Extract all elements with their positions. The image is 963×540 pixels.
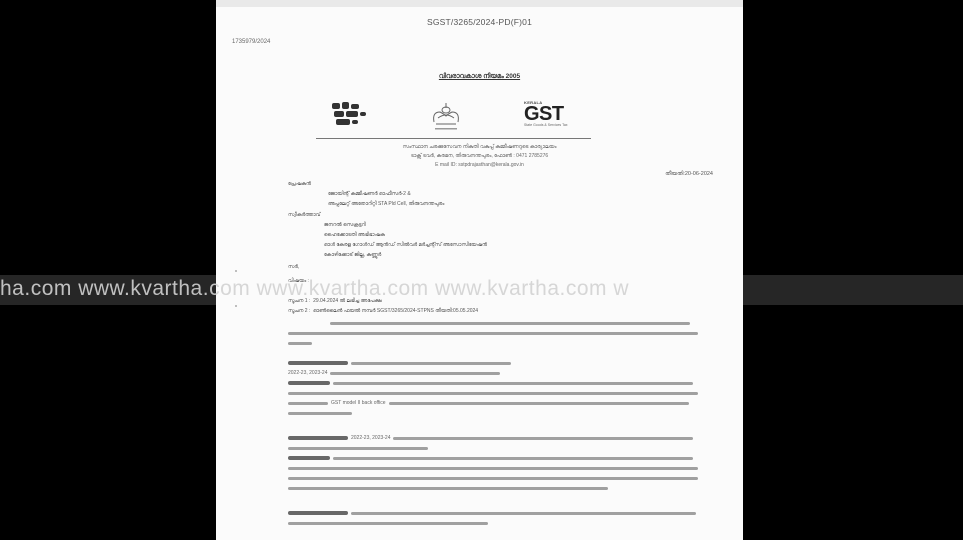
letterhead-divider bbox=[316, 138, 591, 139]
to-section: സ്വീകർത്താവ് ജനറൽ സെക്രട്ടറി ഹൈക്കോടതി അ… bbox=[288, 210, 487, 260]
reference-number: SGST/3265/2024-PD(F)01 bbox=[216, 17, 743, 27]
watermark-band: ha.com www.kvartha.com www.kvartha.com w… bbox=[0, 275, 963, 305]
from-label: പ്രേഷകൻ bbox=[288, 179, 444, 189]
scanned-letter-page: SGST/3265/2024-PD(F)01 1735979/2024 വിവര… bbox=[216, 0, 743, 540]
file-number: 1735979/2024 bbox=[232, 39, 270, 45]
office-address: സംസ്ഥാന ചരക്കുസേവന നികുതി വകുപ്പ് കമ്മീഷ… bbox=[216, 143, 743, 170]
question-3 bbox=[288, 508, 708, 528]
gst-logo-text: GST bbox=[524, 103, 564, 125]
to-label: സ്വീകർത്താവ് bbox=[288, 210, 487, 220]
intro-paragraph bbox=[288, 318, 708, 348]
from-section: പ്രേഷകൻ ജോയിന്റ് കമ്മീഷണർ ഓഫീസർ-2 & അപ്പ… bbox=[288, 179, 444, 209]
kerala-emblem-icon bbox=[426, 100, 466, 134]
scan-speck bbox=[235, 270, 237, 272]
scan-speck bbox=[235, 305, 237, 307]
act-title: വിവരാവകാശ നിയമം 2005 bbox=[216, 73, 743, 81]
sgst-malayalam-logo-icon bbox=[326, 100, 370, 130]
page-top-strip bbox=[216, 0, 743, 7]
kerala-gst-logo: KERALA GST State Goods & Services Tax bbox=[524, 100, 572, 132]
question-2: 2022-23, 2023-24 bbox=[288, 433, 708, 493]
question-1: 2022-23, 2023-24 GST model II back offic… bbox=[288, 358, 708, 418]
salutation: സർ, bbox=[288, 262, 299, 272]
watermark-text: ha.com www.kvartha.com www.kvartha.com w… bbox=[0, 277, 963, 301]
letter-date: തീയതി:20-06-2024 bbox=[665, 171, 713, 178]
